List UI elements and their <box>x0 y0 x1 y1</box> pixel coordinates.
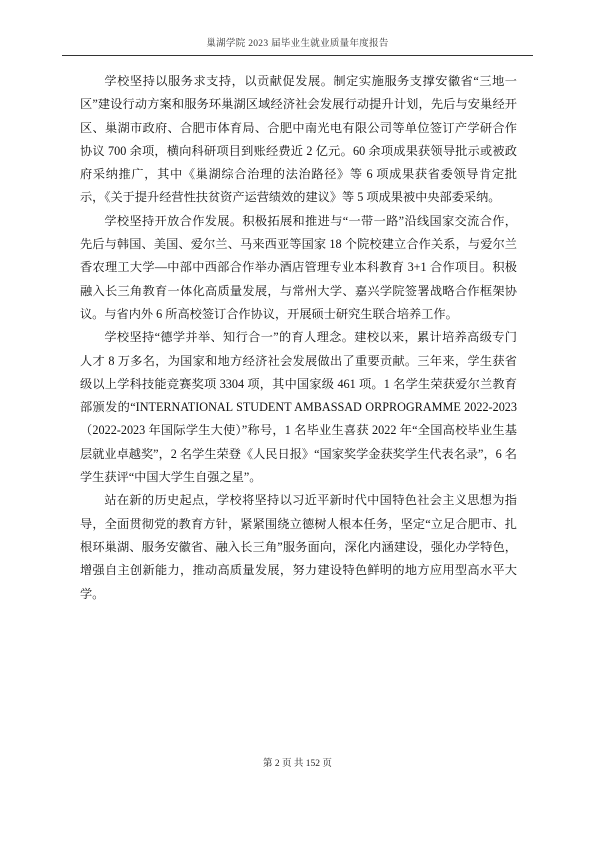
header-title: 巢湖学院 2023 届毕业生就业质量年度报告 <box>206 39 388 49</box>
page-header: 巢湖学院 2023 届毕业生就业质量年度报告 <box>62 38 533 56</box>
paragraph-future-outlook: 站在新的历史起点，学校将坚持以习近平新时代中国特色社会主义思想为指导，全面贯彻党… <box>80 489 517 605</box>
page-footer: 第 2 页 共 152 页 <box>0 758 595 771</box>
document-body: 学校坚持以服务求支持，以贡献促发展。制定实施服务支撑安徽省“三地一区”建设行动方… <box>80 70 517 606</box>
page-number-label: 第 2 页 共 152 页 <box>263 759 332 769</box>
paragraph-open-cooperation: 学校坚持开放合作发展。积极拓展和推进与“一带一路”沿线国家交流合作，先后与韩国、… <box>80 210 517 326</box>
paragraph-education-philosophy: 学校坚持“德学并举、知行合一”的育人理念。建校以来，累计培养高级专门人才 8 万… <box>80 326 517 489</box>
paragraph-service-support: 学校坚持以服务求支持，以贡献促发展。制定实施服务支撑安徽省“三地一区”建设行动方… <box>80 70 517 210</box>
document-page: 巢湖学院 2023 届毕业生就业质量年度报告 学校坚持以服务求支持，以贡献促发展… <box>0 0 595 842</box>
